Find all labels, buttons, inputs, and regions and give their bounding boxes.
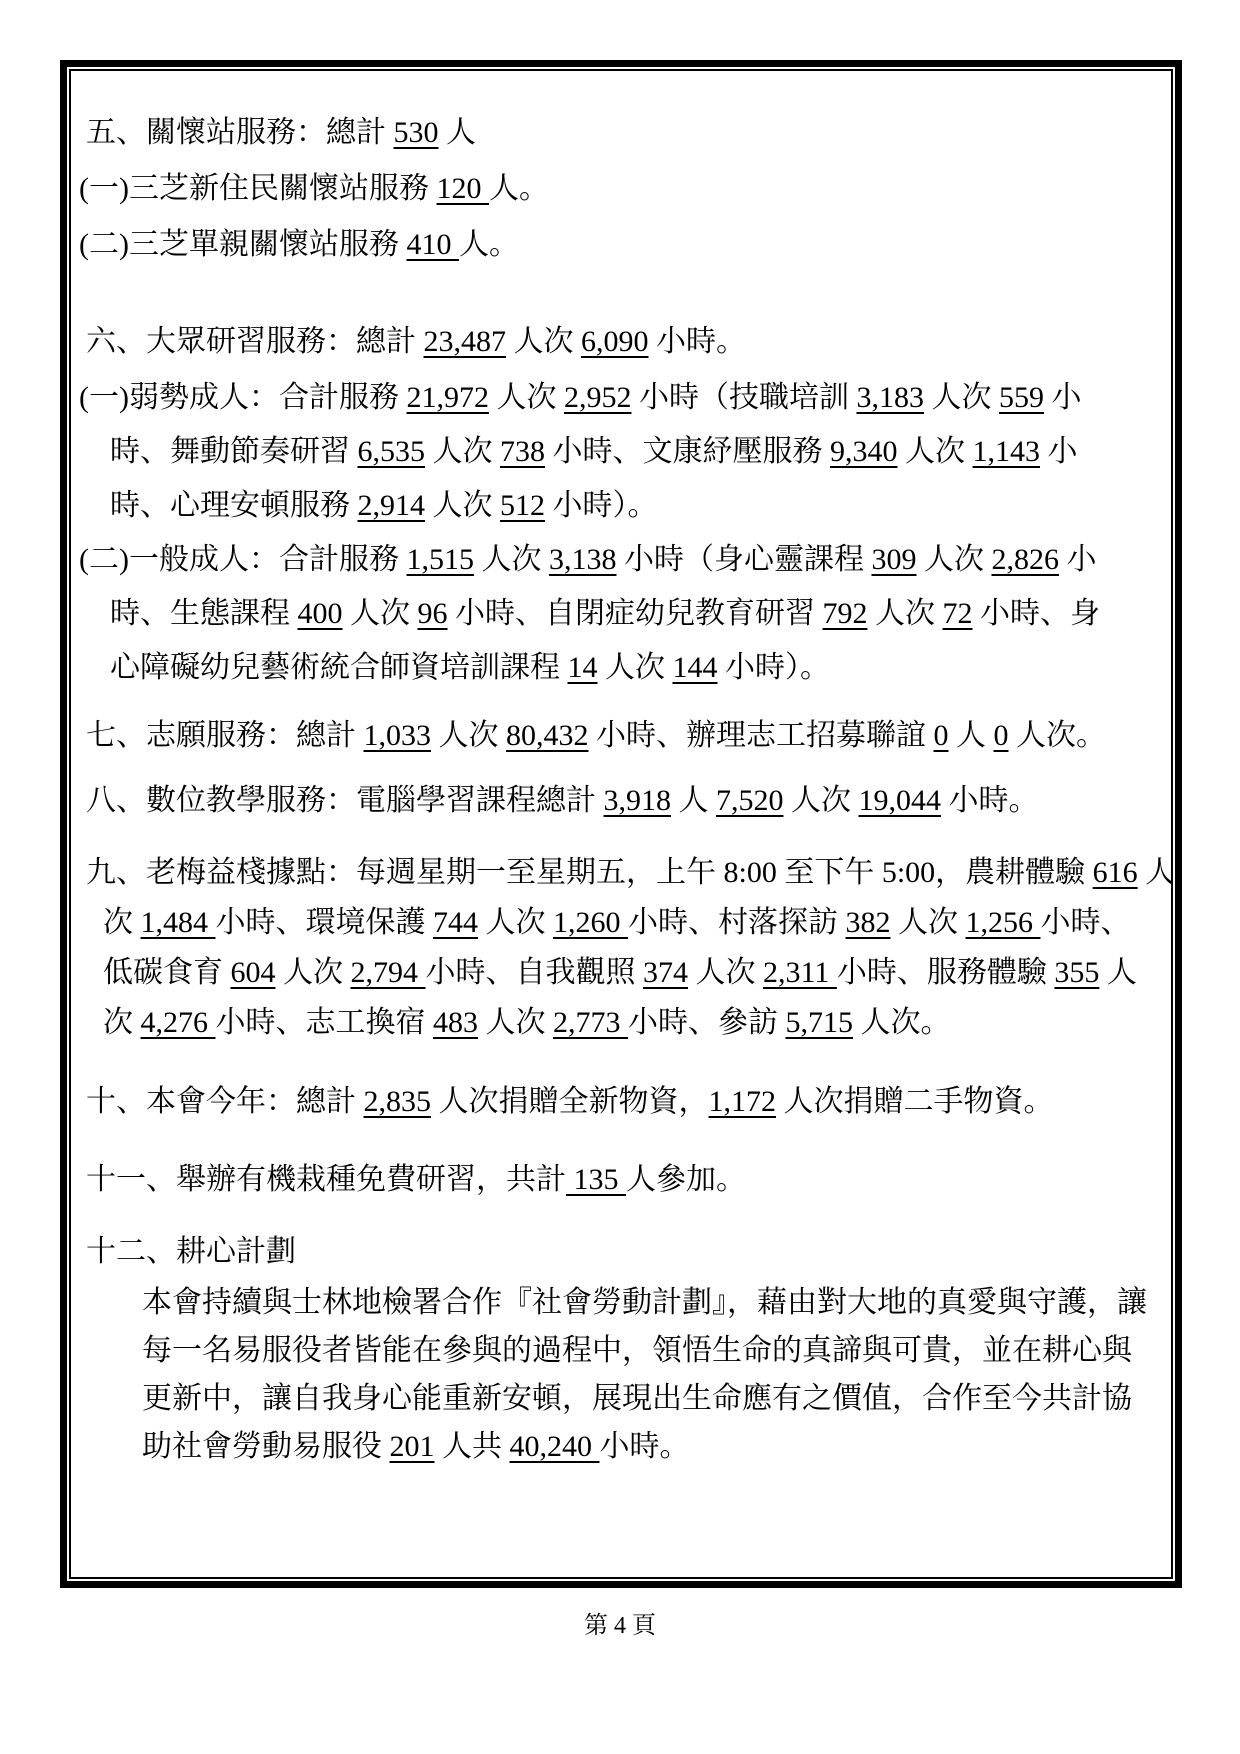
text-run: 人次捐贈二手物資。 [776, 1085, 1054, 1118]
underlined-value: 5,715 [786, 1006, 854, 1039]
underlined-value: 559 [999, 381, 1044, 414]
underlined-value: 6,535 [358, 435, 426, 468]
text-run: 人次 [343, 597, 418, 630]
page-footer: 第 4 頁 [0, 1608, 1240, 1644]
text-run: 人次。 [1009, 719, 1107, 752]
text-run: 助社會勞動易服役 [142, 1430, 390, 1463]
text-run: 人次 [891, 906, 966, 939]
page-border-inner-line: 五、關懷站服務：總計 530 人(一)三芝新住民關懷站服務 120 人。(二)三… [69, 69, 1173, 1579]
text-run: 人次 [489, 381, 564, 414]
paragraph-sec12: 十二、耕心計劃 [71, 1225, 1171, 1279]
text-run: 人。 [459, 228, 519, 261]
text-line: 時、舞動節奏研習 6,535 人次 738 小時、文康紓壓服務 9,340 人次… [71, 425, 1171, 479]
text-run: 次 [103, 906, 141, 939]
underlined-value: 2,835 [364, 1085, 432, 1118]
text-run: (一)弱勢成人：合計服務 [79, 381, 406, 414]
text-run: 人次 [425, 489, 500, 522]
underlined-value: 23,487 [424, 325, 507, 358]
underlined-value: 80,432 [506, 719, 589, 752]
text-line: (二)三芝單親關懷站服務 410 人。 [71, 217, 1171, 273]
text-run: 次 [103, 1006, 141, 1039]
underlined-value: 309 [871, 543, 916, 576]
underlined-value: 374 [643, 956, 688, 989]
underlined-value: 1,256 [966, 906, 1041, 939]
text-run: 人次。 [853, 1006, 951, 1039]
text-run: 人次 [916, 543, 991, 576]
text-line: 低碳食育 604 人次 2,794 小時、自我觀照 374 人次 2,311 小… [71, 948, 1171, 998]
text-run: 心障礙幼兒藝術統合師資培訓課程 [110, 651, 568, 684]
text-run: 時、心理安頓服務 [110, 489, 358, 522]
text-run: 小時、文康紓壓服務 [545, 435, 830, 468]
underlined-value: 604 [231, 956, 276, 989]
text-line: (一)弱勢成人：合計服務 21,972 人次 2,952 小時（技職培訓 3,1… [71, 371, 1171, 425]
underlined-value: 2,773 [553, 1006, 628, 1039]
underlined-value: 7,520 [716, 784, 784, 817]
text-run: 人次 [276, 956, 351, 989]
underlined-value: 1,033 [364, 719, 432, 752]
underlined-value: 14 [568, 651, 598, 684]
text-run: 低碳食育 [103, 956, 231, 989]
text-run: 每一名易服役者皆能在參與的過程中，領悟生命的真諦與可貴，並在耕心與 [142, 1334, 1132, 1367]
text-run: 時、生態課程 [110, 597, 298, 630]
underlined-value: 483 [433, 1006, 478, 1039]
underlined-value: 3,918 [604, 784, 672, 817]
underlined-value: 1,172 [709, 1085, 777, 1118]
text-run: 小時）。 [718, 651, 831, 684]
text-run: 小時。 [649, 325, 747, 358]
underlined-value: 135 [566, 1163, 626, 1196]
text-line: 時、生態課程 400 人次 96 小時、自閉症幼兒教育研習 792 人次 72 … [71, 587, 1171, 641]
text-run: 人次 [868, 597, 943, 630]
underlined-value: 2,952 [564, 381, 632, 414]
underlined-value: 144 [673, 651, 718, 684]
text-run: 小時、志工換宿 [216, 1006, 434, 1039]
text-run: 人 [1099, 956, 1137, 989]
underlined-value: 6,090 [581, 325, 649, 358]
text-line: 十二、耕心計劃 [71, 1225, 1171, 1279]
text-run: 人次捐贈全新物資， [431, 1085, 709, 1118]
underlined-value: 2,311 [763, 956, 837, 989]
paragraph-sec11: 十一、舉辦有機栽種免費研習，共計 135 人參加。 [71, 1153, 1171, 1207]
text-run: 人次 [506, 325, 581, 358]
paragraph-sec9: 九、老梅益棧據點：每週星期一至星期五，上午 8:00 至下午 5:00，農耕體驗… [71, 848, 1171, 1048]
text-line: (二)一般成人：合計服務 1,515 人次 3,138 小時（身心靈課程 309… [71, 533, 1171, 587]
text-run: 人 [439, 116, 477, 149]
text-line: 六、大眾研習服務：總計 23,487 人次 6,090 小時。 [71, 315, 1171, 369]
text-run: 小時、村落探訪 [628, 906, 846, 939]
text-run: 小時、辦理志工招募聯誼 [589, 719, 934, 752]
text-run: 十、本會今年：總計 [86, 1085, 364, 1118]
text-run: 更新中，讓自我身心能重新安頓，展現出生命應有之價值，合作至今共計協 [142, 1382, 1132, 1415]
text-run: 人次 [478, 906, 553, 939]
text-line: 九、老梅益棧據點：每週星期一至星期五，上午 8:00 至下午 5:00，農耕體驗… [71, 848, 1171, 898]
text-line: 十一、舉辦有機栽種免費研習，共計 135 人參加。 [71, 1153, 1171, 1207]
text-line: 更新中，讓自我身心能重新安頓，展現出生命應有之價值，合作至今共計協 [71, 1375, 1171, 1423]
underlined-value: 9,340 [830, 435, 898, 468]
underlined-value: 0 [994, 719, 1009, 752]
text-run: 八、數位教學服務：電腦學習課程總計 [86, 784, 604, 817]
underlined-value: 738 [500, 435, 545, 468]
paragraph-sec6b: (二)一般成人：合計服務 1,515 人次 3,138 小時（身心靈課程 309… [71, 533, 1171, 695]
underlined-value: 512 [500, 489, 545, 522]
text-run: 人 [1138, 856, 1171, 889]
paragraph-sec6a: (一)弱勢成人：合計服務 21,972 人次 2,952 小時（技職培訓 3,1… [71, 371, 1171, 533]
text-line: 八、數位教學服務：電腦學習課程總計 3,918 人 7,520 人次 19,04… [71, 774, 1171, 828]
text-line: 心障礙幼兒藝術統合師資培訓課程 14 人次 144 小時）。 [71, 641, 1171, 695]
underlined-value: 1,260 [553, 906, 628, 939]
text-run: 小時、自我觀照 [426, 956, 644, 989]
text-line: 次 1,484 小時、環境保護 744 人次 1,260 小時、村落探訪 382… [71, 898, 1171, 948]
text-run: 七、志願服務：總計 [86, 719, 364, 752]
underlined-value: 3,138 [549, 543, 617, 576]
underlined-value: 2,914 [358, 489, 426, 522]
text-run: 人次 [784, 784, 859, 817]
underlined-value: 21,972 [406, 381, 489, 414]
text-run: 小時、 [1041, 906, 1131, 939]
text-run: 小 [1040, 435, 1078, 468]
underlined-value: 4,276 [141, 1006, 216, 1039]
text-line: 七、志願服務：總計 1,033 人次 80,432 小時、辦理志工招募聯誼 0 … [71, 709, 1171, 763]
text-run: 小時。 [941, 784, 1039, 817]
text-run: 小時（技職培訓 [631, 381, 856, 414]
text-run: 六、大眾研習服務：總計 [86, 325, 424, 358]
underlined-value: 2,794 [351, 956, 426, 989]
text-line: 本會持續與士林地檢署合作『社會勞動計劃』，藉由對大地的真愛與守護，讓 [71, 1279, 1171, 1327]
underlined-value: 201 [390, 1430, 435, 1463]
text-line: (一)三芝新住民關懷站服務 120 人。 [71, 161, 1171, 217]
text-run: 人次 [898, 435, 973, 468]
paragraph-sec5: 五、關懷站服務：總計 530 人(一)三芝新住民關懷站服務 120 人。(二)三… [71, 105, 1171, 273]
underlined-value: 355 [1054, 956, 1099, 989]
underlined-value: 1,515 [406, 543, 474, 576]
text-run: 人次 [478, 1006, 553, 1039]
paragraph-sec7: 七、志願服務：總計 1,033 人次 80,432 小時、辦理志工招募聯誼 0 … [71, 709, 1171, 763]
text-run: 本會持續與士林地檢署合作『社會勞動計劃』，藉由對大地的真愛與守護，讓 [142, 1286, 1147, 1319]
paragraph-sec6: 六、大眾研習服務：總計 23,487 人次 6,090 小時。 [71, 315, 1171, 369]
text-line: 每一名易服役者皆能在參與的過程中，領悟生命的真諦與可貴，並在耕心與 [71, 1327, 1171, 1375]
underlined-value: 1,143 [973, 435, 1041, 468]
page-number: 第 4 頁 [584, 1613, 656, 1639]
text-run: 人次 [425, 435, 500, 468]
text-run: 小 [1059, 543, 1097, 576]
text-line: 助社會勞動易服役 201 人共 40,240 小時。 [71, 1423, 1171, 1471]
text-run: 九、老梅益棧據點：每週星期一至星期五，上午 8:00 至下午 5:00，農耕體驗 [86, 856, 1093, 889]
page-border: 五、關懷站服務：總計 530 人(一)三芝新住民關懷站服務 120 人。(二)三… [60, 60, 1182, 1588]
underlined-value: 792 [823, 597, 868, 630]
underlined-value: 0 [934, 719, 949, 752]
text-run: 人。 [489, 172, 549, 205]
underlined-value: 3,183 [856, 381, 924, 414]
underlined-value: 120 [436, 172, 489, 205]
text-run: 小時（身心靈課程 [616, 543, 871, 576]
underlined-value: 400 [298, 597, 343, 630]
underlined-value: 72 [943, 597, 973, 630]
underlined-value: 96 [418, 597, 448, 630]
text-run: 人次 [474, 543, 549, 576]
text-run: 人 [671, 784, 716, 817]
text-run: 人 [949, 719, 994, 752]
text-run: 人參加。 [626, 1163, 746, 1196]
underlined-value: 616 [1093, 856, 1138, 889]
text-run: 小時、參訪 [628, 1006, 786, 1039]
text-run: 時、舞動節奏研習 [110, 435, 358, 468]
underlined-value: 530 [394, 116, 439, 149]
text-run: 人次 [431, 719, 506, 752]
text-run: 小時、自閉症幼兒教育研習 [448, 597, 823, 630]
text-run: 小時、服務體驗 [837, 956, 1055, 989]
text-line: 次 4,276 小時、志工換宿 483 人次 2,773 小時、參訪 5,715… [71, 998, 1171, 1048]
text-line: 五、關懷站服務：總計 530 人 [71, 105, 1171, 161]
text-run: 人次 [688, 956, 763, 989]
paragraph-sec12p: 本會持續與士林地檢署合作『社會勞動計劃』，藉由對大地的真愛與守護，讓每一名易服役… [71, 1279, 1171, 1471]
underlined-value: 744 [433, 906, 478, 939]
text-run: 人次 [598, 651, 673, 684]
text-run: 人次 [924, 381, 999, 414]
text-line: 時、心理安頓服務 2,914 人次 512 小時）。 [71, 479, 1171, 533]
underlined-value: 1,484 [141, 906, 216, 939]
underlined-value: 40,240 [510, 1430, 600, 1463]
document-page: 五、關懷站服務：總計 530 人(一)三芝新住民關懷站服務 120 人。(二)三… [0, 0, 1240, 1754]
text-run: 人共 [435, 1430, 510, 1463]
text-run: 小時）。 [545, 489, 658, 522]
text-line: 十、本會今年：總計 2,835 人次捐贈全新物資，1,172 人次捐贈二手物資。 [71, 1075, 1171, 1129]
underlined-value: 2,826 [991, 543, 1059, 576]
text-run: (二)三芝單親關懷站服務 [79, 228, 406, 261]
underlined-value: 382 [846, 906, 891, 939]
text-run: 五、關懷站服務：總計 [86, 116, 394, 149]
document-body: 五、關懷站服務：總計 530 人(一)三芝新住民關懷站服務 120 人。(二)三… [71, 71, 1171, 1577]
paragraph-sec8: 八、數位教學服務：電腦學習課程總計 3,918 人 7,520 人次 19,04… [71, 774, 1171, 828]
text-run: 小時、環境保護 [216, 906, 434, 939]
text-run: 小時、身 [973, 597, 1101, 630]
paragraph-sec10: 十、本會今年：總計 2,835 人次捐贈全新物資，1,172 人次捐贈二手物資。 [71, 1075, 1171, 1129]
text-run: 小 [1044, 381, 1082, 414]
text-run: 小時。 [600, 1430, 690, 1463]
text-run: (二)一般成人：合計服務 [79, 543, 406, 576]
underlined-value: 410 [406, 228, 459, 261]
underlined-value: 19,044 [859, 784, 942, 817]
text-run: 十一、舉辦有機栽種免費研習，共計 [86, 1163, 566, 1196]
text-run: (一)三芝新住民關懷站服務 [79, 172, 436, 205]
text-run: 十二、耕心計劃 [86, 1235, 296, 1268]
